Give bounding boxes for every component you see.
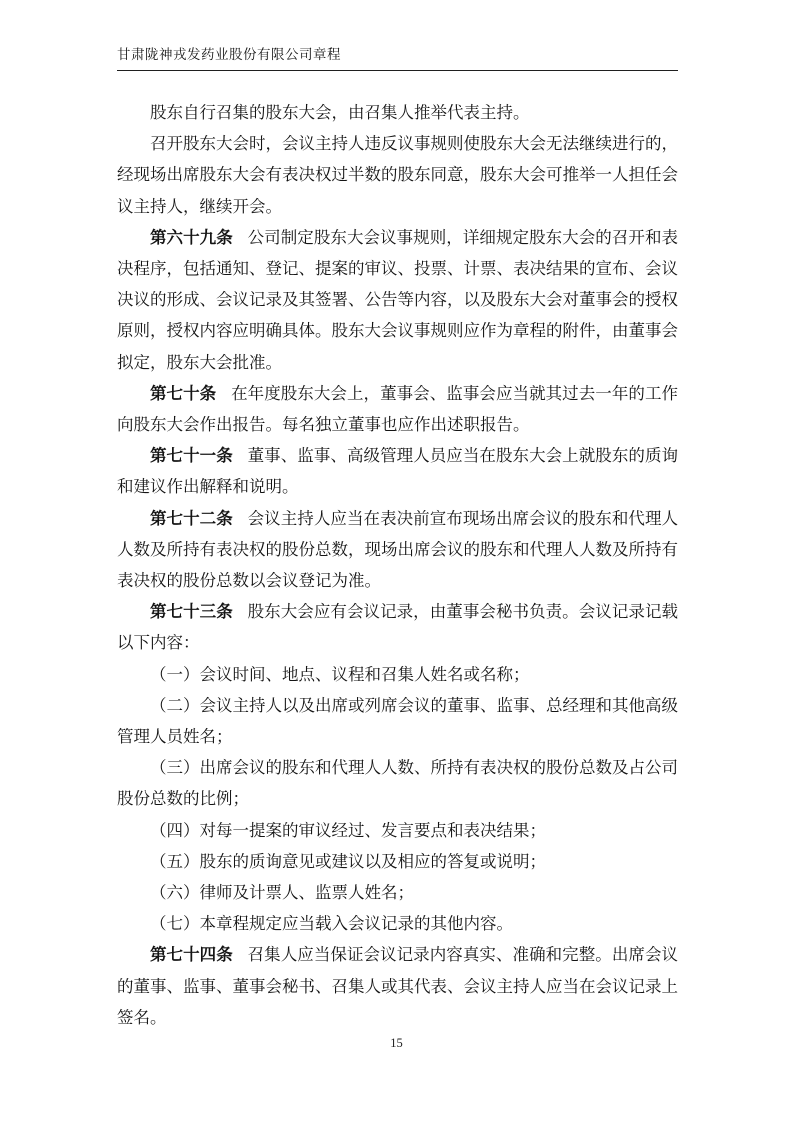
paragraph-text: （一）会议时间、地点、议程和召集人姓名或名称；: [150, 665, 530, 684]
paragraph-text: （三）出席会议的股东和代理人人数、所持有表决权的股份总数及占公司股份总数的比例；: [117, 758, 678, 808]
document-body: 股东自行召集的股东大会，由召集人推举代表主持。 召开股东大会时，会议主持人违反议…: [117, 97, 678, 1033]
article-71: 第七十一条董事、监事、高级管理人员应当在股东大会上就股东的质询和建议作出解释和说…: [117, 440, 678, 502]
page-footer: 15: [0, 1036, 793, 1051]
paragraph-text: （二）会议主持人以及出席或列席会议的董事、监事、总经理和其他高级管理人员姓名；: [117, 696, 678, 746]
list-item-2: （二）会议主持人以及出席或列席会议的董事、监事、总经理和其他高级管理人员姓名；: [117, 690, 678, 752]
paragraph-text: （七）本章程规定应当载入会议记录的其他内容。: [150, 914, 513, 933]
paragraph-text: （四）对每一提案的审议经过、发言要点和表决结果；: [150, 821, 546, 840]
paragraph-text: 召开股东大会时，会议主持人违反议事规则使股东大会无法继续进行的，经现场出席股东大…: [117, 134, 678, 215]
page-number: 15: [390, 1036, 403, 1050]
article-72: 第七十二条会议主持人应当在表决前宣布现场出席会议的股东和代理人人数及所持有表决权…: [117, 503, 678, 597]
paragraph-text: （六）律师及计票人、监票人姓名；: [150, 883, 414, 902]
paragraph-text: 公司制定股东大会议事规则，详细规定股东大会的召开和表决程序，包括通知、登记、提案…: [117, 228, 678, 372]
article-number: 第七十四条: [150, 945, 233, 964]
article-number: 第七十一条: [150, 446, 233, 465]
document-title: 甘肃陇神戎发药业股份有限公司章程: [117, 47, 341, 62]
list-item-5: （五）股东的质询意见或建议以及相应的答复或说明；: [117, 846, 678, 877]
list-item-3: （三）出席会议的股东和代理人人数、所持有表决权的股份总数及占公司股份总数的比例；: [117, 752, 678, 814]
article-number: 第七十条: [150, 384, 216, 403]
paragraph-text: 股东自行召集的股东大会，由召集人推举代表主持。: [150, 103, 530, 122]
article-70: 第七十条在年度股东大会上，董事会、监事会应当就其过去一年的工作向股东大会作出报告…: [117, 378, 678, 440]
article-69: 第六十九条公司制定股东大会议事规则，详细规定股东大会的召开和表决程序，包括通知、…: [117, 222, 678, 378]
paragraph-text: （五）股东的质询意见或建议以及相应的答复或说明；: [150, 852, 546, 871]
article-number: 第七十二条: [150, 509, 233, 528]
document-page: 甘肃陇神戎发药业股份有限公司章程 股东自行召集的股东大会，由召集人推举代表主持。…: [0, 0, 793, 1122]
article-74: 第七十四条召集人应当保证会议记录内容真实、准确和完整。出席会议的董事、监事、董事…: [117, 939, 678, 1033]
page-header: 甘肃陇神戎发药业股份有限公司章程: [117, 46, 678, 71]
paragraph-chair-violation: 召开股东大会时，会议主持人违反议事规则使股东大会无法继续进行的，经现场出席股东大…: [117, 128, 678, 222]
paragraph-shareholder-self-convened: 股东自行召集的股东大会，由召集人推举代表主持。: [117, 97, 678, 128]
article-number: 第七十三条: [150, 602, 233, 621]
list-item-7: （七）本章程规定应当载入会议记录的其他内容。: [117, 908, 678, 939]
list-item-6: （六）律师及计票人、监票人姓名；: [117, 877, 678, 908]
list-item-1: （一）会议时间、地点、议程和召集人姓名或名称；: [117, 659, 678, 690]
article-number: 第六十九条: [150, 228, 233, 247]
article-73: 第七十三条股东大会应有会议记录，由董事会秘书负责。会议记录记载以下内容：: [117, 596, 678, 658]
list-item-4: （四）对每一提案的审议经过、发言要点和表决结果；: [117, 815, 678, 846]
